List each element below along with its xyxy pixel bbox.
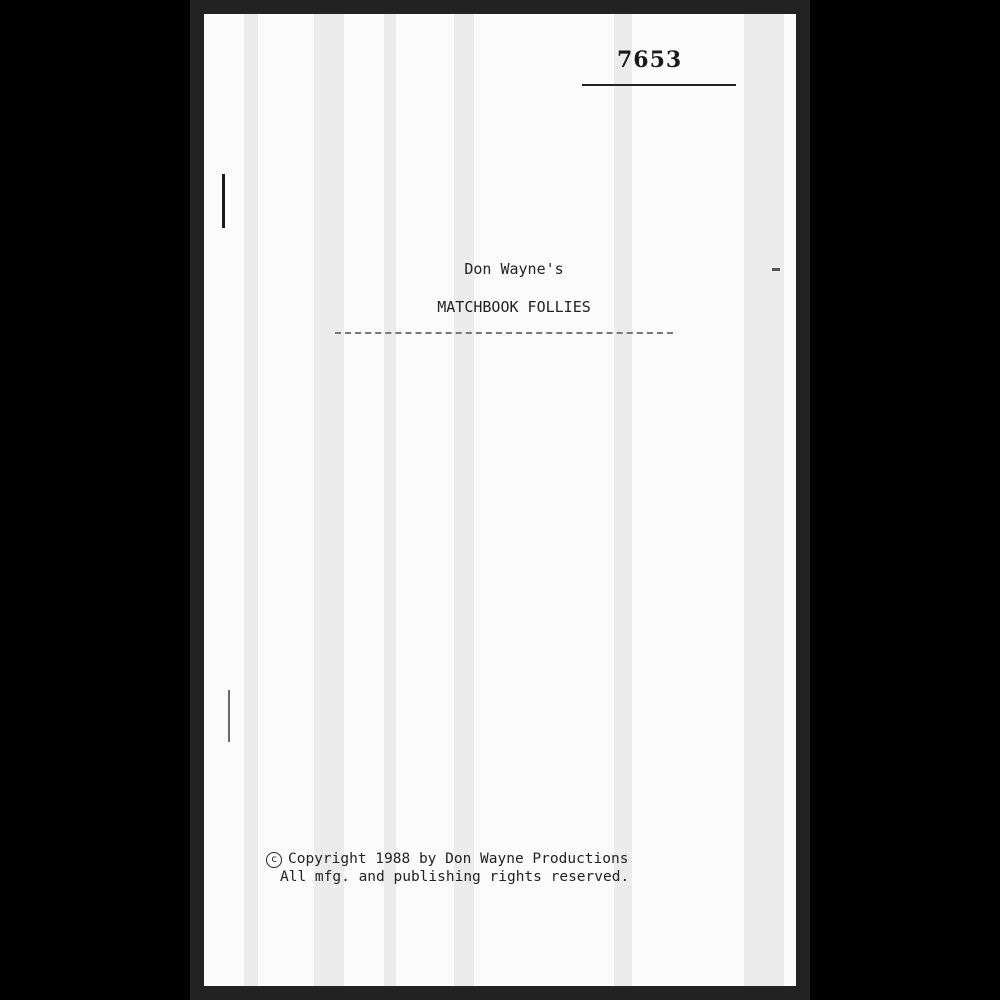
copyright-notice: cCopyright 1988 by Don Wayne Productions: [266, 849, 628, 869]
scan-streak: [244, 14, 258, 986]
scan-streak: [614, 14, 632, 986]
scan-streak: [384, 14, 396, 986]
document-title: MATCHBOOK FOLLIES: [204, 298, 796, 316]
document-number: 7653: [617, 47, 682, 73]
scan-streak: [744, 14, 784, 986]
copyright-icon: c: [266, 852, 282, 868]
scan-streak: [454, 14, 474, 986]
document-number-underline: [582, 84, 736, 86]
scan-streak: [314, 14, 344, 986]
document-page: 7653 Don Wayne's MATCHBOOK FOLLIES cCopy…: [204, 14, 796, 986]
author-heading: Don Wayne's: [204, 260, 796, 278]
copyright-text: Copyright 1988 by Don Wayne Productions: [288, 851, 628, 867]
title-divider: [335, 332, 673, 334]
staple-mark: [222, 174, 225, 228]
staple-mark: [228, 690, 230, 742]
rights-notice: All mfg. and publishing rights reserved.: [280, 869, 629, 885]
